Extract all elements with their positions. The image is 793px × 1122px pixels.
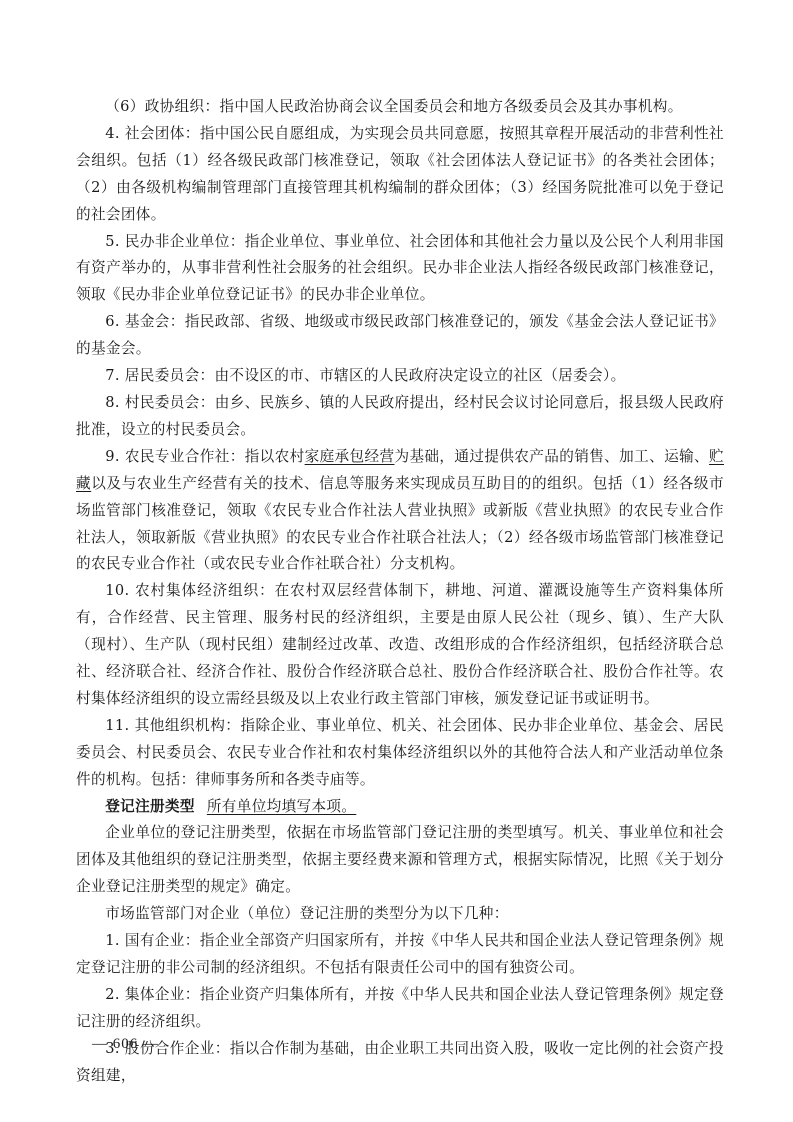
paragraph-private-non-enterprise: 5. 民办非企业单位：指企业单位、事业单位、社会团体和其他社会力量以及公民个人利… <box>76 229 724 310</box>
p9-underlined-term-1: 家庭承包经营 <box>305 448 395 465</box>
section-note: 所有单位均填写本项。 <box>207 798 356 815</box>
paragraph-farmer-cooperative: 9. 农民专业合作社：指以农村家庭承包经营为基础，通过提供农产品的销售、加工、运… <box>76 444 724 579</box>
paragraph-residents-committee: 7. 居民委员会：由不设区的市、市辖区的人民政府决定设立的社区（居委会）。 <box>76 363 724 390</box>
section-heading: 登记注册类型 <box>105 798 195 815</box>
paragraph-other-organizations: 11. 其他组织机构：指除企业、事业单位、机关、社会团体、民办非企业单位、基金会… <box>76 713 724 794</box>
paragraph-villagers-committee: 8. 村民委员会：由乡、民族乡、镇的人民政府提出，经村民会议讨论同意后，报县级人… <box>76 390 724 444</box>
paragraph-registration-types-intro: 市场监管部门对企业（单位）登记注册的类型分为以下几种： <box>76 901 724 928</box>
paragraph-foundation: 6. 基金会：指民政部、省级、地级或市级民政部门核准登记的，颁发《基金会法人登记… <box>76 309 724 363</box>
page-number: — 606 — <box>92 1036 159 1053</box>
paragraph-joint-stock-cooperative: 3. 股份合作企业：指以合作制为基础，由企业职工共同出资入股，吸收一定比例的社会… <box>76 1036 724 1090</box>
paragraph-registration-basis: 企业单位的登记注册类型，依据在市场监管部门登记注册的类型填写。机关、事业单位和社… <box>76 820 724 901</box>
paragraph-political-consultative: （6）政协组织：指中国人民政治协商会议全国委员会和地方各级委员会及其办事机构。 <box>76 94 724 121</box>
paragraph-collective: 2. 集体企业：指企业资产归集体所有，并按《中华人民共和国企业法人登记管理条例》… <box>76 982 724 1036</box>
p9-text-c: 以及与农业生产经营有关的技术、信息等服务来实现成员互助目的的组织。包括（1）经各… <box>76 475 724 573</box>
p9-text-a: 9. 农民专业合作社：指以农村 <box>105 448 304 465</box>
document-page: （6）政协组织：指中国人民政治协商会议全国委员会和地方各级委员会及其办事机构。 … <box>76 94 724 1090</box>
paragraph-rural-collective: 10. 农村集体经济组织：在农村双层经营体制下，耕地、河道、灌溉设施等生产资料集… <box>76 578 724 713</box>
paragraph-state-owned: 1. 国有企业：指企业全部资产归国家所有，并按《中华人民共和国企业法人登记管理条… <box>76 928 724 982</box>
section-heading-row: 登记注册类型所有单位均填写本项。 <box>76 794 724 821</box>
paragraph-social-groups: 4. 社会团体：指中国公民自愿组成，为实现会员共同意愿，按照其章程开展活动的非营… <box>76 121 724 229</box>
p9-text-b: 为基础，通过提供农产品的销售、加工、运输、 <box>394 448 709 465</box>
